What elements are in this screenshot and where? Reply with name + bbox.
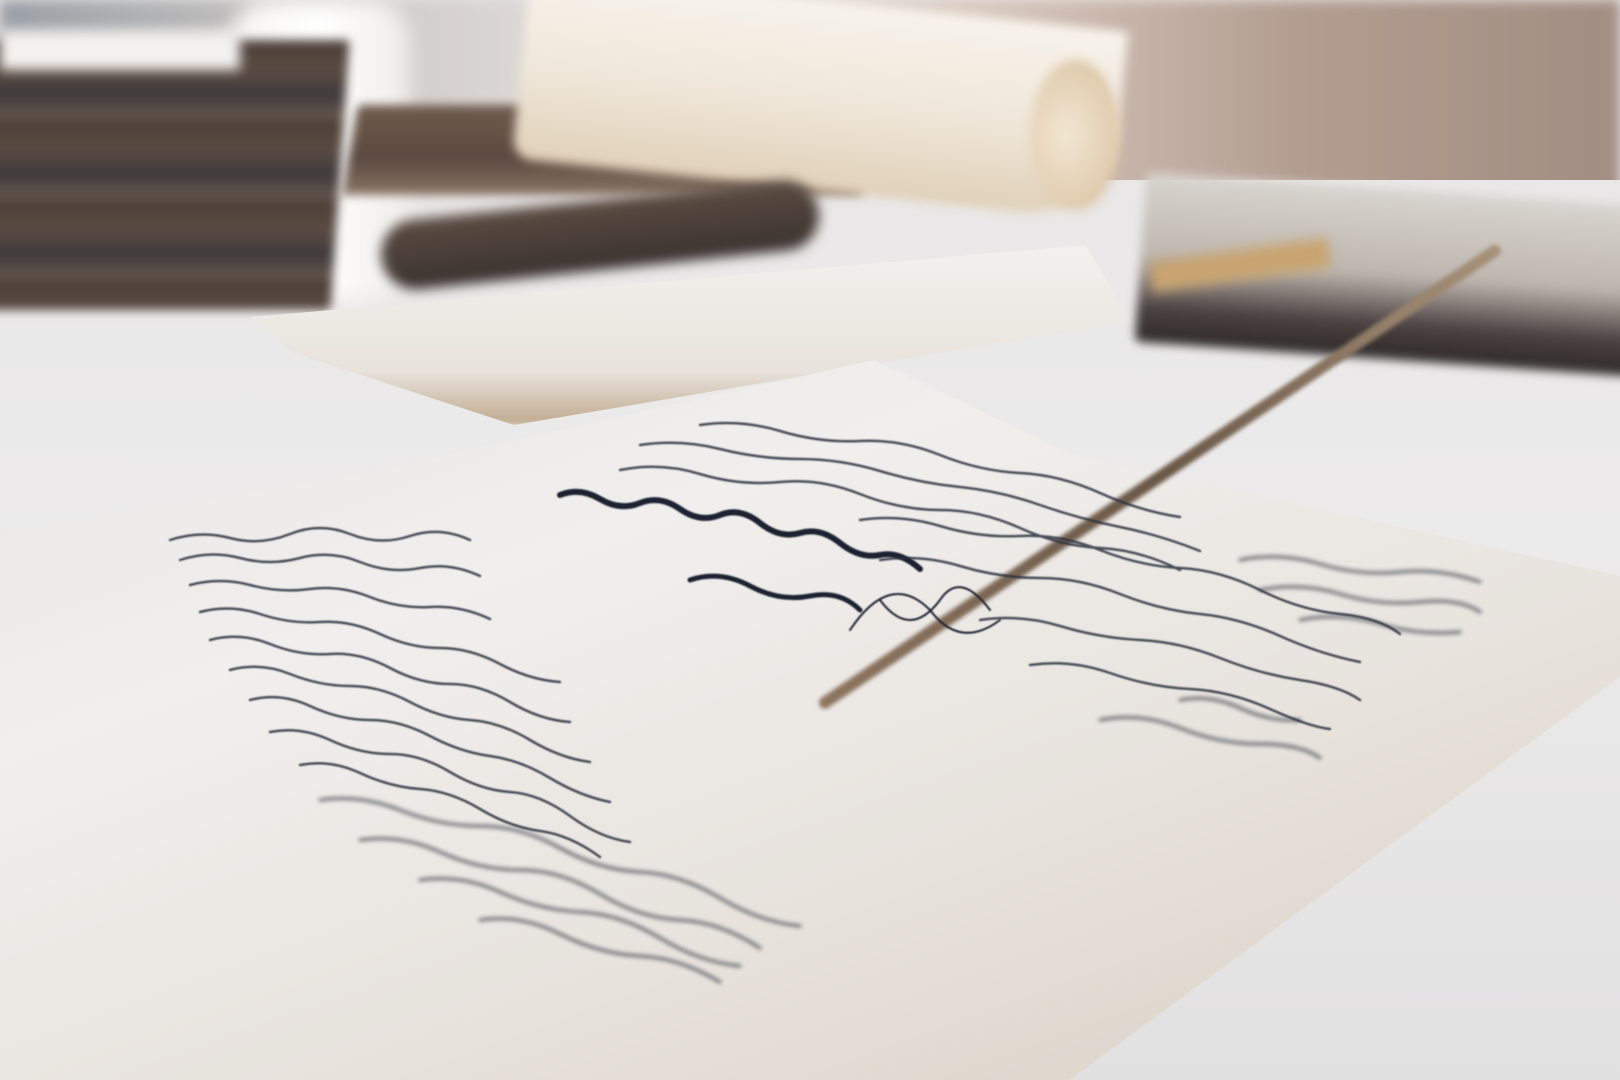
book-stack-top-page: [0, 30, 240, 70]
scroll-roll: [1030, 60, 1120, 210]
photo-scene: Close-up, shallow depth-of-field photogr…: [0, 0, 1620, 1080]
book-stack-left: [0, 40, 349, 310]
